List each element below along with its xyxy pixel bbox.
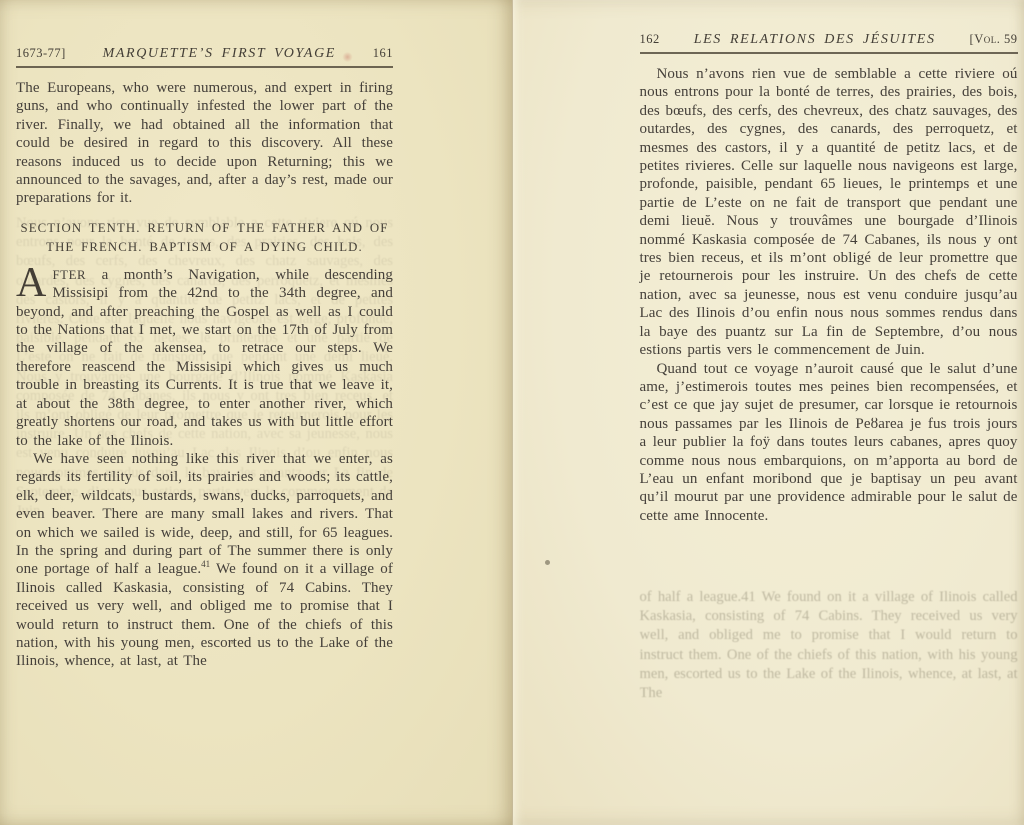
paragraph-french-2: Quand tout ce voyage n’auroit causé que … <box>640 360 1018 526</box>
page-left: Nous n’avons rien vue de semblable a cet… <box>0 0 512 825</box>
page-right-content: 162 LES RELATIONS DES JÉSUITES [Vol. 59 … <box>640 32 1018 525</box>
paragraph-dropcap: AFTER a month’s Navigation, while descen… <box>16 266 393 450</box>
footnote-reference: 41 <box>201 559 210 569</box>
body-text-right: Nous n’avons rien vue de semblable a cet… <box>640 65 1018 525</box>
running-head-left: 1673-77] MARQUETTE’S FIRST VOYAGE 161 <box>16 46 393 62</box>
page-number-left: 161 <box>373 46 393 61</box>
show-through-text-right: of half a league.41 We found on it a vil… <box>640 588 1018 698</box>
paragraph-river-text-b: We found on it a village of Ilinois call… <box>16 561 393 669</box>
paragraph-river: We have seen nothing like this river tha… <box>16 450 393 671</box>
section-heading: SECTION TENTH. RETURN OF THE FATHER AND … <box>16 219 393 257</box>
section-heading-line2: THE FRENCH. BAPTISM OF A DYING CHILD. <box>16 238 393 257</box>
book-spread: Nous n’avons rien vue de semblable a cet… <box>0 0 1024 825</box>
header-rule-left <box>16 66 393 68</box>
volume-label: [Vol. 59 <box>970 32 1018 47</box>
page-number-right: 162 <box>640 32 660 47</box>
paragraph-continuation: The Europeans, who were numerous, and ex… <box>16 79 393 208</box>
section-heading-line1: SECTION TENTH. RETURN OF THE FATHER AND … <box>16 219 393 238</box>
page-left-content: 1673-77] MARQUETTE’S FIRST VOYAGE 161 Th… <box>16 46 393 671</box>
paragraph-dropcap-text: a month’s Navigation, while descending M… <box>16 267 393 449</box>
gutter-speck <box>545 560 550 565</box>
paragraph-french-1: Nous n’avons rien vue de semblable a cet… <box>640 65 1018 360</box>
date-range: 1673-77] <box>16 46 66 61</box>
body-text-left: The Europeans, who were numerous, and ex… <box>16 79 393 671</box>
running-head-right: 162 LES RELATIONS DES JÉSUITES [Vol. 59 <box>640 32 1018 48</box>
drop-cap-smallcaps: FTER <box>52 268 86 282</box>
header-rule-right <box>640 52 1018 54</box>
running-title-left: MARQUETTE’S FIRST VOYAGE <box>103 46 336 62</box>
pink-smudge <box>342 52 353 62</box>
page-right: 162 LES RELATIONS DES JÉSUITES [Vol. 59 … <box>512 0 1024 825</box>
running-title-right: LES RELATIONS DES JÉSUITES <box>694 32 936 48</box>
ink-speck <box>231 641 234 644</box>
drop-cap: A <box>16 266 52 300</box>
